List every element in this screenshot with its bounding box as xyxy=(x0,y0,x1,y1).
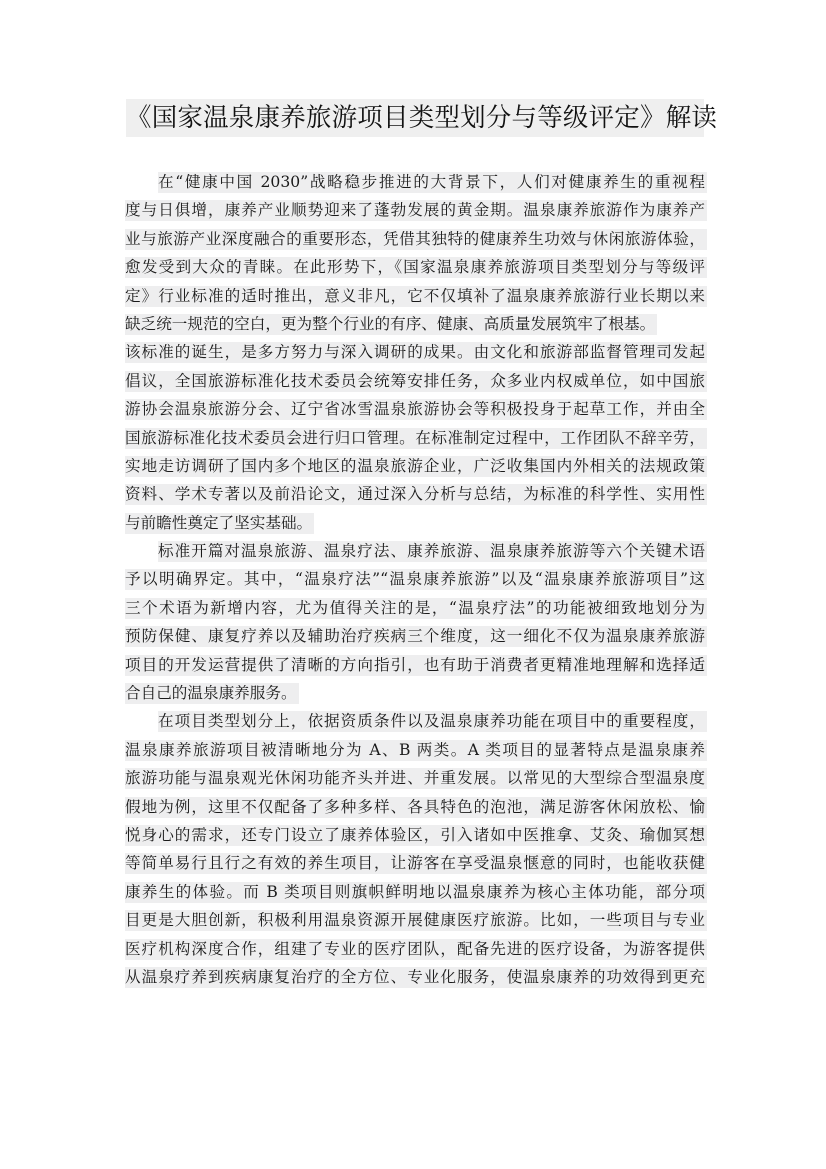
line-text: 医疗机构深度合作，组建了专业的医疗团队，配备先进的医疗设备，为游客提供 xyxy=(125,939,707,960)
line-text: 该标准的诞生，是多方努力与深入调研的成果。由文化和旅游部监督管理司发起 xyxy=(125,342,707,363)
line-text: 目更是大胆创新，积极利用温泉资源开展健康医疗旅游。比如，一些项目与专业 xyxy=(125,910,707,931)
line-text: 予以明确界定。其中，“温泉疗法”“温泉康养旅游”以及“温泉康养旅游项目”这 xyxy=(125,569,707,590)
text-line: 愈发受到大众的青睐。在此形势下，《国家温泉康养旅游项目类型划分与等级评 xyxy=(125,253,705,281)
text-line: 倡议，全国旅游标准化技术委员会统筹安排任务，众多业内权威单位，如中国旅 xyxy=(125,367,705,395)
line-text: 从温泉疗养到疾病康复治疗的全方位、专业化服务，使温泉康养的功效得到更充 xyxy=(125,967,707,988)
line-text: 与前瞻性奠定了坚实基础。 xyxy=(125,513,314,534)
text-line: 予以明确界定。其中，“温泉疗法”“温泉康养旅游”以及“温泉康养旅游项目”这 xyxy=(125,565,705,593)
text-line: 该标准的诞生，是多方努力与深入调研的成果。由文化和旅游部监督管理司发起 xyxy=(125,338,705,366)
line-text: 度与日俱增，康养产业顺势迎来了蓬勃发展的黄金期。温泉康养旅游作为康养产 xyxy=(125,200,707,221)
text-line: 等简单易行且行之有效的养生项目，让游客在享受温泉惬意的同时，也能收获健 xyxy=(125,849,705,877)
text-line: 三个术语为新增内容，尤为值得关注的是，“温泉疗法”的功能被细致地划分为 xyxy=(125,594,705,622)
line-text: 缺乏统一规范的空白，更为整个行业的有序、健康、高质量发展筑牢了根基。 xyxy=(125,314,657,335)
line-text: 愈发受到大众的青睐。在此形势下，《国家温泉康养旅游项目类型划分与等级评 xyxy=(125,257,707,278)
text-line: 游协会温泉旅游分会、辽宁省冰雪温泉旅游协会等积极投身于起草工作，并由全 xyxy=(125,395,705,423)
line-text: 倡议，全国旅游标准化技术委员会统筹安排任务，众多业内权威单位，如中国旅 xyxy=(125,371,707,392)
text-line: 悦身心的需求，还专门设立了康养体验区，引入诸如中医推拿、艾灸、瑜伽冥想 xyxy=(125,821,705,849)
text-line: 业与旅游产业深度融合的重要形态，凭借其独特的健康养生功效与休闲旅游体验， xyxy=(125,225,705,253)
line-text: 国旅游标准化技术委员会进行归口管理。在标准制定过程中，工作团队不辞辛劳， xyxy=(125,428,707,449)
line-text: 悦身心的需求，还专门设立了康养体验区，引入诸如中医推拿、艾灸、瑜伽冥想 xyxy=(125,825,707,846)
line-text: 资料、学术专著以及前沿论文，通过深入分析与总结，为标准的科学性、实用性 xyxy=(125,484,707,505)
text-line: 旅游功能与温泉观光休闲功能齐头并进、并重发展。以常见的大型综合型温泉度 xyxy=(125,764,705,792)
line-text: 游协会温泉旅游分会、辽宁省冰雪温泉旅游协会等积极投身于起草工作，并由全 xyxy=(125,399,707,420)
text-line: 定》行业标准的适时推出，意义非凡，它不仅填补了温泉康养旅游行业长期以来 xyxy=(125,282,705,310)
line-text: 预防保健、康复疗养以及辅助治疗疾病三个维度，这一细化不仅为温泉康养旅游 xyxy=(125,626,707,647)
text-line: 标准开篇对温泉旅游、温泉疗法、康养旅游、温泉康养旅游等六个关键术语 xyxy=(125,537,705,565)
line-text: 旅游功能与温泉观光休闲功能齐头并进、并重发展。以常见的大型综合型温泉度 xyxy=(125,768,707,789)
text-line: 假地为例，这里不仅配备了多种多样、各具特色的泡池，满足游客休闲放松、愉 xyxy=(125,793,705,821)
text-line: 在项目类型划分上，依据资质条件以及温泉康养功能在项目中的重要程度， xyxy=(125,707,705,735)
line-text: 三个术语为新增内容，尤为值得关注的是，“温泉疗法”的功能被细致地划分为 xyxy=(125,598,707,619)
text-line: 从温泉疗养到疾病康复治疗的全方位、专业化服务，使温泉康养的功效得到更充 xyxy=(125,963,705,991)
text-line: 度与日俱增，康养产业顺势迎来了蓬勃发展的黄金期。温泉康养旅游作为康养产 xyxy=(125,196,705,224)
document-body: 在“健康中国 2030”战略稳步推进的大背景下，人们对健康养生的重视程度与日俱增… xyxy=(125,168,705,991)
line-text: 温泉康养旅游项目被清晰地分为 A、B 两类。A 类项目的显著特点是温泉康养 xyxy=(125,740,707,761)
line-text: 等简单易行且行之有效的养生项目，让游客在享受温泉惬意的同时，也能收获健 xyxy=(125,853,707,874)
text-line: 实地走访调研了国内多个地区的温泉旅游企业，广泛收集国内外相关的法规政策 xyxy=(125,452,705,480)
line-text: 定》行业标准的适时推出，意义非凡，它不仅填补了温泉康养旅游行业长期以来 xyxy=(125,286,707,307)
text-line: 温泉康养旅游项目被清晰地分为 A、B 两类。A 类项目的显著特点是温泉康养 xyxy=(125,736,705,764)
line-text: 假地为例，这里不仅配备了多种多样、各具特色的泡池，满足游客休闲放松、愉 xyxy=(125,797,707,818)
document-title: 《国家温泉康养旅游项目类型划分与等级评定》解读 xyxy=(126,99,704,137)
line-text: 项目的开发运营提供了清晰的方向指引，也有助于消费者更精准地理解和选择适 xyxy=(125,655,707,676)
line-text: 在“健康中国 2030”战略稳步推进的大背景下，人们对健康养生的重视程 xyxy=(158,172,707,193)
line-text: 康养生的体验。而 B 类项目则旗帜鲜明地以温泉康养为核心主体功能，部分项 xyxy=(125,882,707,903)
text-line: 合自己的温泉康养服务。 xyxy=(125,679,705,707)
text-line: 在“健康中国 2030”战略稳步推进的大背景下，人们对健康养生的重视程 xyxy=(125,168,705,196)
text-line: 缺乏统一规范的空白，更为整个行业的有序、健康、高质量发展筑牢了根基。 xyxy=(125,310,705,338)
paragraph: 在项目类型划分上，依据资质条件以及温泉康养功能在项目中的重要程度，温泉康养旅游项… xyxy=(125,707,705,991)
text-line: 医疗机构深度合作，组建了专业的医疗团队，配备先进的医疗设备，为游客提供 xyxy=(125,935,705,963)
line-text: 实地走访调研了国内多个地区的温泉旅游企业，广泛收集国内外相关的法规政策 xyxy=(125,456,707,477)
text-line: 康养生的体验。而 B 类项目则旗帜鲜明地以温泉康养为核心主体功能，部分项 xyxy=(125,878,705,906)
text-line: 预防保健、康复疗养以及辅助治疗疾病三个维度，这一细化不仅为温泉康养旅游 xyxy=(125,622,705,650)
paragraph: 在“健康中国 2030”战略稳步推进的大背景下，人们对健康养生的重视程度与日俱增… xyxy=(125,168,705,338)
document-page: 《国家温泉康养旅游项目类型划分与等级评定》解读 在“健康中国 2030”战略稳步… xyxy=(0,0,826,1169)
text-line: 与前瞻性奠定了坚实基础。 xyxy=(125,509,705,537)
line-text: 合自己的温泉康养服务。 xyxy=(125,683,299,704)
text-line: 项目的开发运营提供了清晰的方向指引，也有助于消费者更精准地理解和选择适 xyxy=(125,651,705,679)
text-line: 目更是大胆创新，积极利用温泉资源开展健康医疗旅游。比如，一些项目与专业 xyxy=(125,906,705,934)
text-line: 国旅游标准化技术委员会进行归口管理。在标准制定过程中，工作团队不辞辛劳， xyxy=(125,424,705,452)
line-text: 业与旅游产业深度融合的重要形态，凭借其独特的健康养生功效与休闲旅游体验， xyxy=(125,229,707,250)
text-line: 资料、学术专著以及前沿论文，通过深入分析与总结，为标准的科学性、实用性 xyxy=(125,480,705,508)
line-text: 标准开篇对温泉旅游、温泉疗法、康养旅游、温泉康养旅游等六个关键术语 xyxy=(158,541,707,562)
line-text: 在项目类型划分上，依据资质条件以及温泉康养功能在项目中的重要程度， xyxy=(158,711,707,732)
paragraph: 该标准的诞生，是多方努力与深入调研的成果。由文化和旅游部监督管理司发起倡议，全国… xyxy=(125,338,705,537)
paragraph: 标准开篇对温泉旅游、温泉疗法、康养旅游、温泉康养旅游等六个关键术语予以明确界定。… xyxy=(125,537,705,707)
